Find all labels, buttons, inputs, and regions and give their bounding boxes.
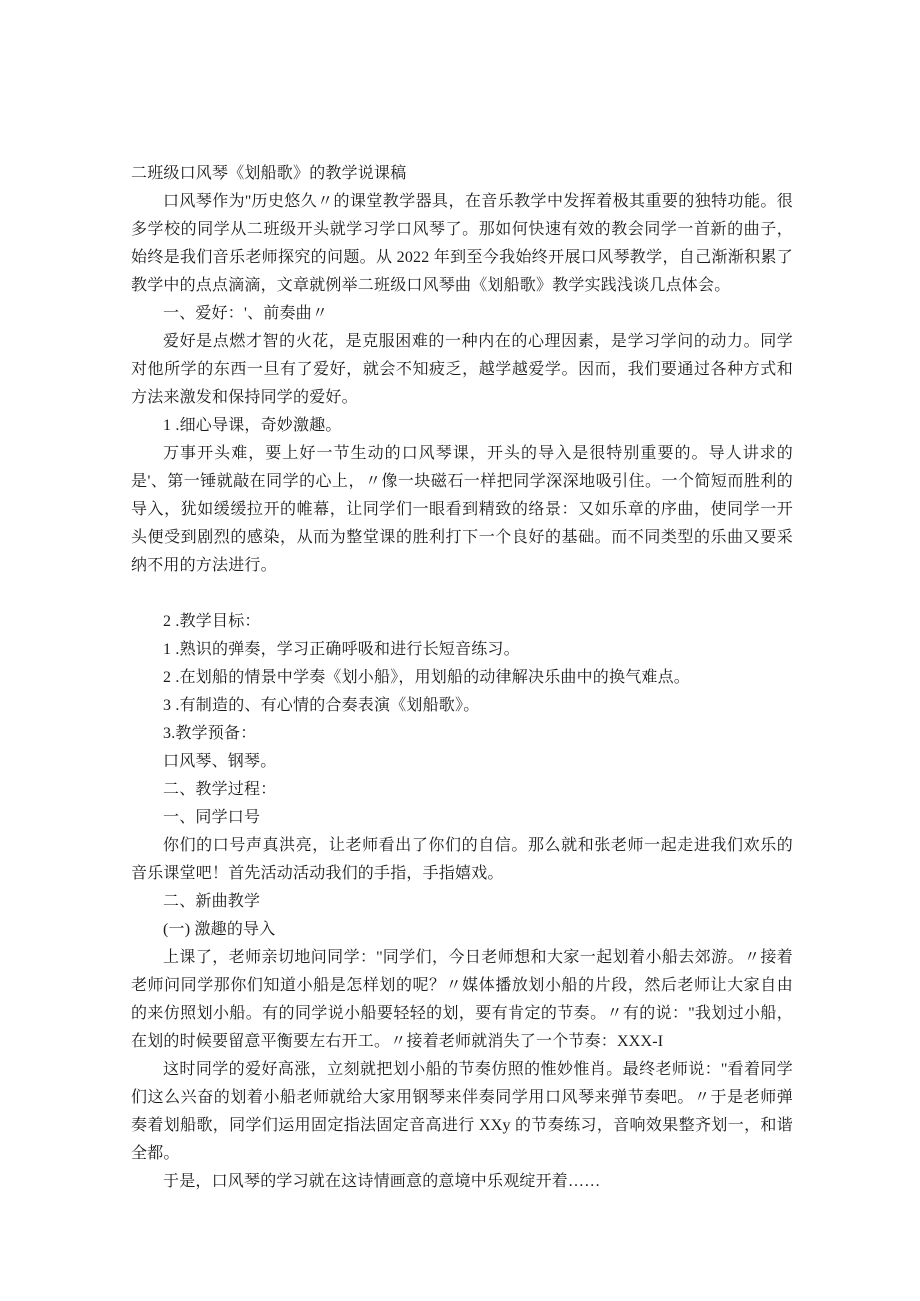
- paragraph: 二、教学过程：: [131, 776, 793, 804]
- paragraph: 3 .有制造的、有心情的合奏表演《划船歌》。: [131, 692, 793, 720]
- document-body: 口风琴作为''历史悠久〃的课堂教学器具，在音乐教学中发挥着极其重要的独特功能。很…: [131, 188, 793, 1196]
- paragraph: 爱好是点燃才智的火花，是克服困难的一种内在的心理因素，是学习学问的动力。同学对他…: [131, 328, 793, 412]
- paragraph: 1 .熟识的弹奏，学习正确呼吸和进行长短音练习。: [131, 636, 793, 664]
- paragraph: 一、同学口号: [131, 804, 793, 832]
- paragraph: 3.教学预备：: [131, 720, 793, 748]
- paragraph: 上课了，老师亲切地问同学：''同学们，今日老师想和大家一起划着小船去郊游。〃接着…: [131, 944, 793, 1056]
- paragraph: 1 .细心导课，奇妙激趣。: [131, 412, 793, 440]
- document-page: 二班级口风琴《划船歌》的教学说课稿 口风琴作为''历史悠久〃的课堂教学器具，在音…: [0, 0, 920, 1301]
- paragraph: 口风琴、钢琴。: [131, 748, 793, 776]
- paragraph: 你们的口号声真洪亮，让老师看出了你们的自信。那么就和张老师一起走进我们欢乐的音乐…: [131, 832, 793, 888]
- paragraph: 2 .在划船的情景中学奏《划小船》，用划船的动律解决乐曲中的换气难点。: [131, 664, 793, 692]
- paragraph: 万事开头难，要上好一节生动的口风琴课，开头的导入是很特别重要的。导人讲求的是'、…: [131, 440, 793, 580]
- paragraph: 2 .教学目标：: [131, 608, 793, 636]
- paragraph: 于是，口风琴的学习就在这诗情画意的意境中乐观绽开着……: [131, 1168, 793, 1196]
- paragraph: 一、爱好：'、前奏曲〃: [131, 300, 793, 328]
- paragraph: 口风琴作为''历史悠久〃的课堂教学器具，在音乐教学中发挥着极其重要的独特功能。很…: [131, 188, 793, 300]
- paragraph: 这时同学的爱好高涨，立刻就把划小船的节奏仿照的惟妙惟肖。最终老师说：''看着同学…: [131, 1056, 793, 1168]
- paragraph: 二、新曲教学: [131, 888, 793, 916]
- blank-line: [131, 580, 793, 608]
- document-title: 二班级口风琴《划船歌》的教学说课稿: [131, 160, 793, 188]
- paragraph: (一) 激趣的导入: [131, 916, 793, 944]
